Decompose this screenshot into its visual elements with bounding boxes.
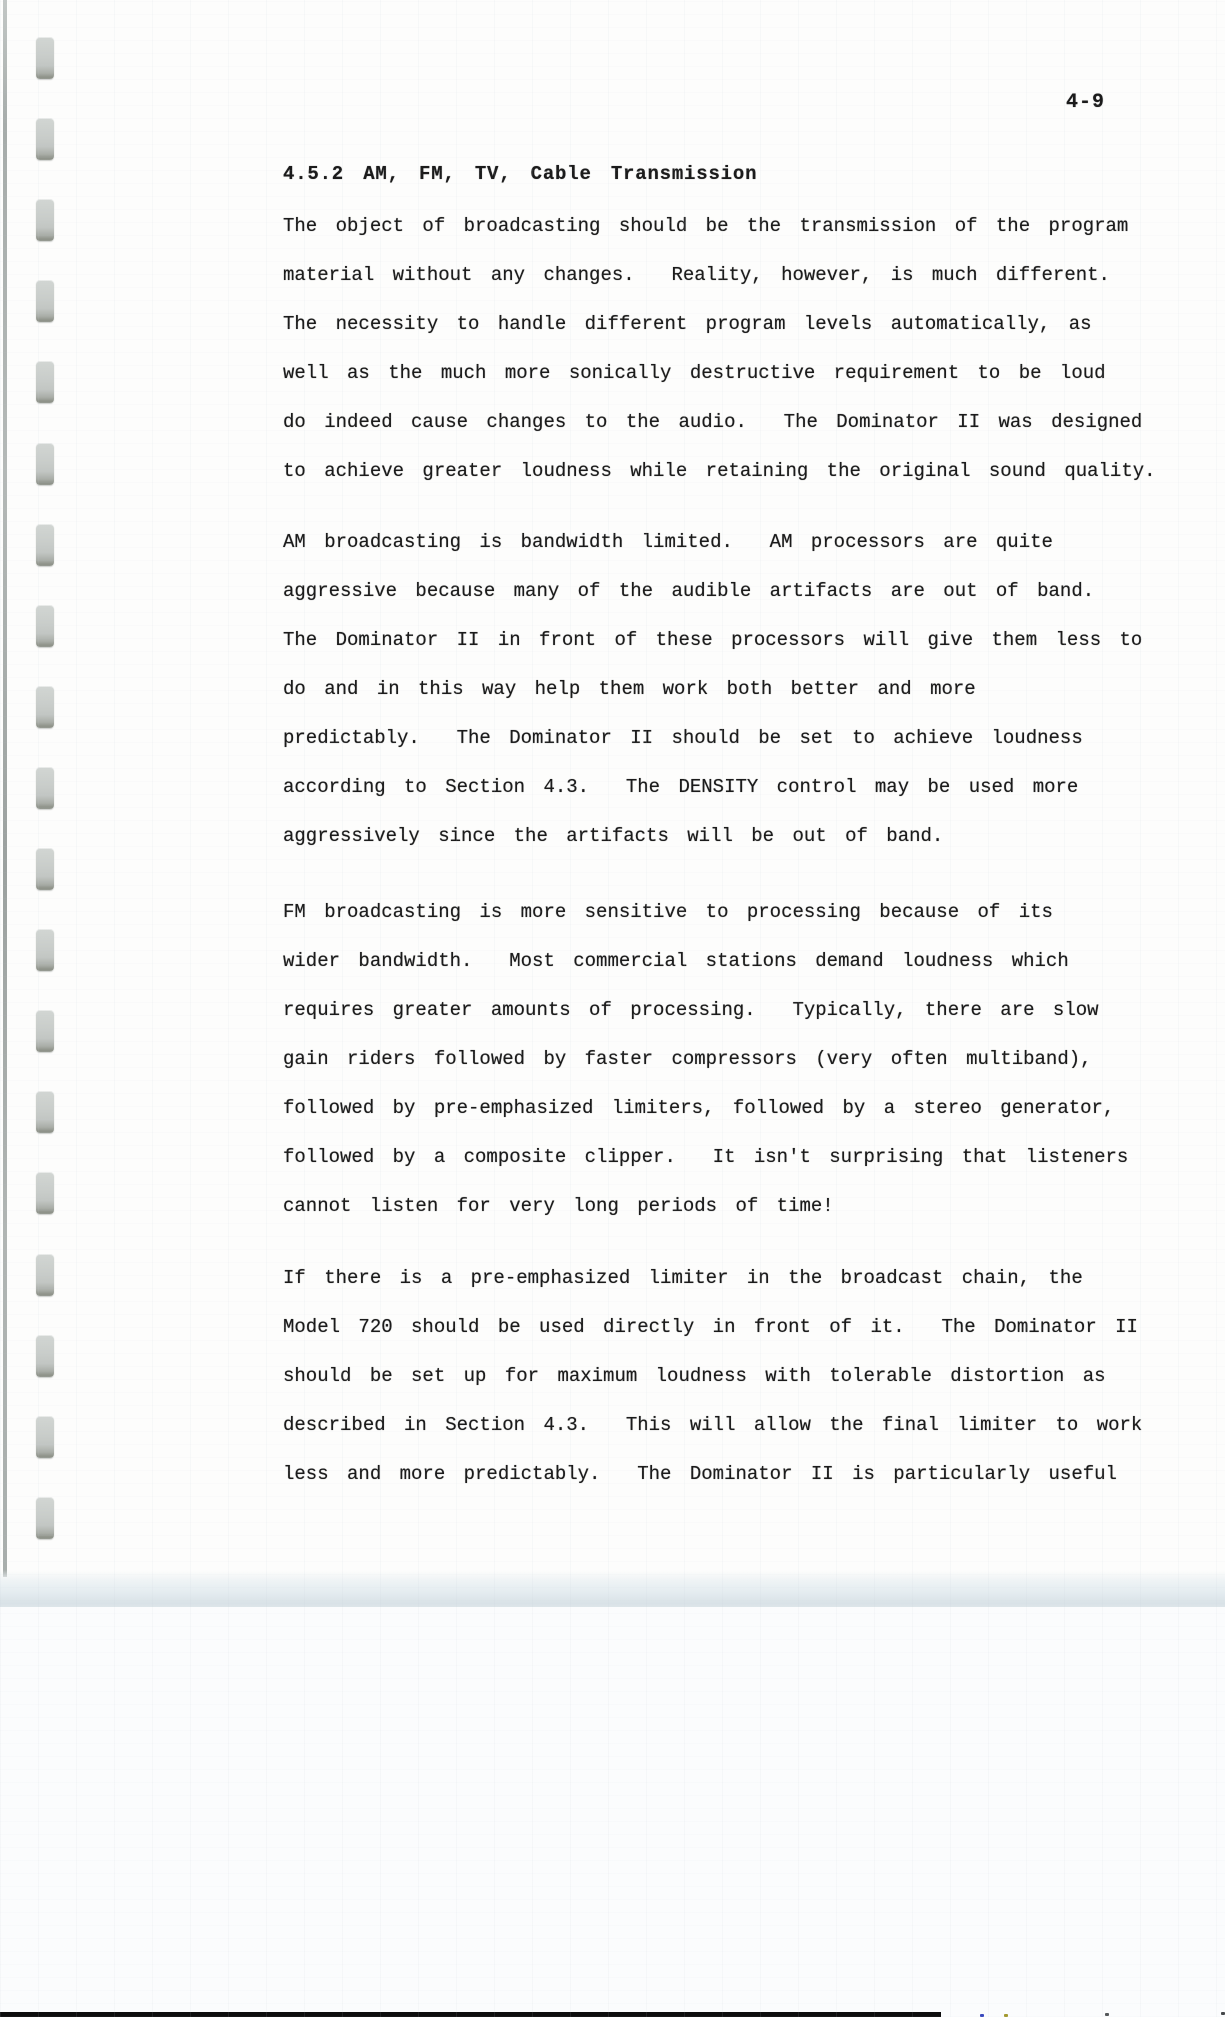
scan-gradient-band	[0, 1570, 1225, 1607]
page-left-edge	[3, 0, 7, 1577]
binder-hole	[36, 1335, 54, 1377]
binder-hole	[36, 1416, 54, 1458]
binder-hole	[36, 37, 54, 79]
binder-hole	[36, 929, 54, 971]
binder-hole	[36, 767, 54, 809]
text-line: AM broadcasting is bandwidth limited. AM…	[283, 518, 1142, 567]
scan-lower-area	[0, 1607, 1225, 2017]
text-line: followed by a composite clipper. It isn'…	[283, 1133, 1128, 1182]
binder-hole	[36, 443, 54, 485]
binder-hole	[36, 848, 54, 890]
binder-hole	[36, 1172, 54, 1214]
text-line: aggressively since the artifacts will be…	[283, 812, 1142, 861]
binder-hole	[36, 686, 54, 728]
bottom-scan-bar	[0, 2012, 941, 2017]
text-line: material without any changes. Reality, h…	[283, 251, 1156, 300]
binder-hole	[36, 1010, 54, 1052]
text-line: The necessity to handle different progra…	[283, 300, 1156, 349]
binder-hole	[36, 280, 54, 322]
binder-hole	[36, 1091, 54, 1133]
binder-hole	[36, 524, 54, 566]
paragraph: AM broadcasting is bandwidth limited. AM…	[283, 518, 1142, 861]
paragraph: If there is a pre-emphasized limiter in …	[283, 1254, 1142, 1499]
text-line: according to Section 4.3. The DENSITY co…	[283, 763, 1142, 812]
page-number: 4-9	[1066, 78, 1105, 127]
binder-hole	[36, 118, 54, 160]
text-line: followed by pre-emphasized limiters, fol…	[283, 1084, 1128, 1133]
binder-hole	[36, 199, 54, 241]
section-heading: 4.5.2 AM, FM, TV, Cable Transmission	[283, 150, 757, 199]
text-line: described in Section 4.3. This will allo…	[283, 1401, 1142, 1450]
text-line: cannot listen for very long periods of t…	[283, 1182, 1128, 1231]
text-line: If there is a pre-emphasized limiter in …	[283, 1254, 1142, 1303]
text-line: FM broadcasting is more sensitive to pro…	[283, 888, 1128, 937]
text-line: less and more predictably. The Dominator…	[283, 1450, 1142, 1499]
paper-sheet: 4-9 4.5.2 AM, FM, TV, Cable Transmission…	[0, 0, 1225, 1607]
text-line: predictably. The Dominator II should be …	[283, 714, 1142, 763]
paragraph: FM broadcasting is more sensitive to pro…	[283, 888, 1128, 1231]
text-line: Model 720 should be used directly in fro…	[283, 1303, 1142, 1352]
binder-hole	[36, 1497, 54, 1539]
text-line: well as the much more sonically destruct…	[283, 349, 1156, 398]
text-line: The Dominator II in front of these proce…	[283, 616, 1142, 665]
text-line: aggressive because many of the audible a…	[283, 567, 1142, 616]
scanned-document-page: 4-9 4.5.2 AM, FM, TV, Cable Transmission…	[0, 0, 1225, 2017]
text-line: The object of broadcasting should be the…	[283, 202, 1156, 251]
text-line: wider bandwidth. Most commercial station…	[283, 937, 1128, 986]
scan-speck	[1105, 2013, 1109, 2016]
text-line: do and in this way help them work both b…	[283, 665, 1142, 714]
binder-hole	[36, 605, 54, 647]
paragraph: The object of broadcasting should be the…	[283, 202, 1156, 496]
text-line: gain riders followed by faster compresso…	[283, 1035, 1128, 1084]
text-line: to achieve greater loudness while retain…	[283, 447, 1156, 496]
text-line: requires greater amounts of processing. …	[283, 986, 1128, 1035]
binder-hole	[36, 361, 54, 403]
scan-speck	[1221, 2012, 1225, 2015]
binder-hole	[36, 1254, 54, 1296]
text-line: should be set up for maximum loudness wi…	[283, 1352, 1142, 1401]
text-line: do indeed cause changes to the audio. Th…	[283, 398, 1156, 447]
